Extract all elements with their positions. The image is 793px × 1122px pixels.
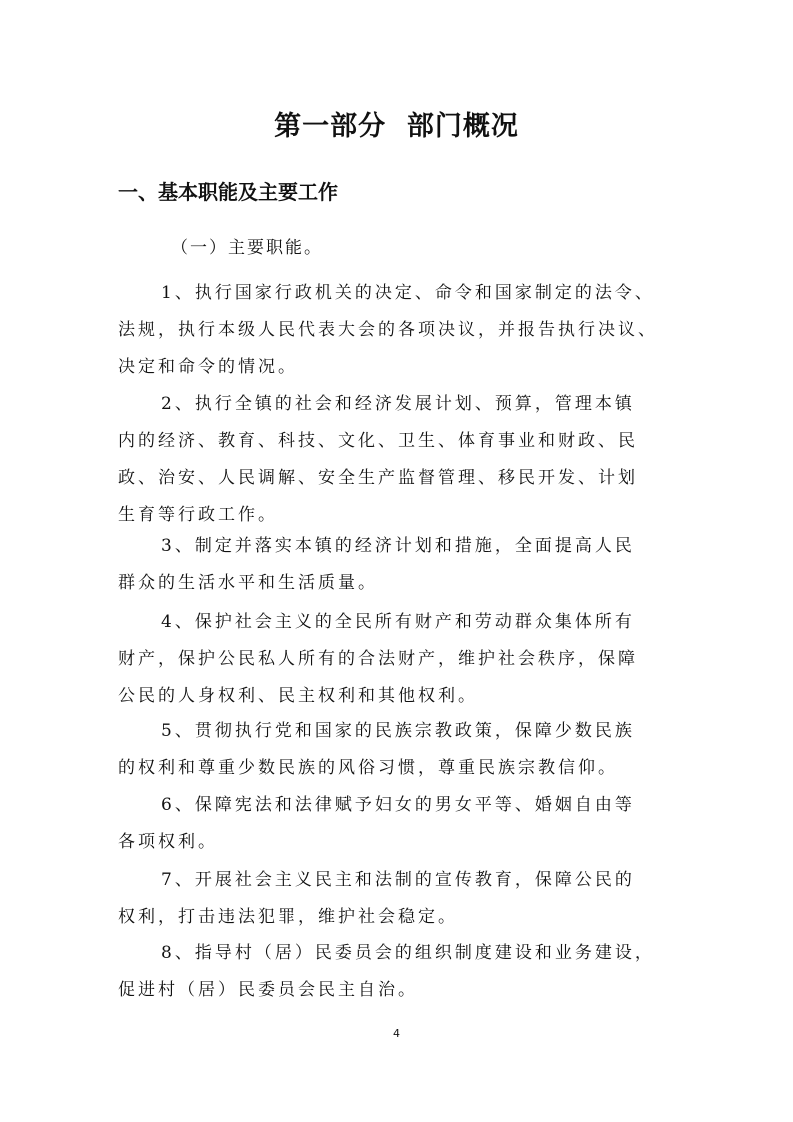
paragraph-line: 权利，打击违法犯罪，维护社会稳定。 <box>118 899 684 936</box>
paragraph-line: 内的经济、教育、科技、文化、卫生、体育事业和财政、民 <box>118 423 684 460</box>
paragraph-7: 7、开展社会主义民主和法制的宣传教育，保障公民的 权利，打击违法犯罪，维护社会稳… <box>118 862 684 936</box>
paragraph-line: 决定和命令的情况。 <box>118 349 684 386</box>
paragraph-line: 法规，执行本级人民代表大会的各项决议，并报告执行决议、 <box>118 312 684 349</box>
document-page: 第一部分 部门概况 一、基本职能及主要工作 （一）主要职能。 1、执行国家行政机… <box>0 0 793 1122</box>
paragraph-1: 1、执行国家行政机关的决定、命令和国家制定的法令、 法规，执行本级人民代表大会的… <box>118 275 684 386</box>
page-title: 第一部分 部门概况 <box>0 104 793 143</box>
paragraph-line: 政、治安、人民调解、安全生产监督管理、移民开发、计划 <box>118 460 684 497</box>
sub-heading: （一）主要职能。 <box>171 233 323 258</box>
page-number: 4 <box>0 1027 793 1040</box>
paragraph-4: 4、保护社会主义的全民所有财产和劳动群众集体所有 财产，保护公民私人所有的合法财… <box>118 604 684 715</box>
paragraph-line: 财产，保护公民私人所有的合法财产，维护社会秩序，保障 <box>118 641 684 678</box>
paragraph-line: 的权利和尊重少数民族的风俗习惯，尊重民族宗教信仰。 <box>118 750 684 787</box>
paragraph-5: 5、贯彻执行党和国家的民族宗教政策，保障少数民族 的权利和尊重少数民族的风俗习惯… <box>118 713 684 787</box>
paragraph-line: 3、制定并落实本镇的经济计划和措施，全面提高人民 <box>118 528 684 565</box>
paragraph-line: 促进村（居）民委员会民主自治。 <box>118 972 684 1009</box>
section-heading: 一、基本职能及主要工作 <box>118 176 338 205</box>
paragraph-line: 公民的人身权利、民主权利和其他权利。 <box>118 678 684 715</box>
paragraph-line: 群众的生活水平和生活质量。 <box>118 565 684 602</box>
paragraph-3: 3、制定并落实本镇的经济计划和措施，全面提高人民 群众的生活水平和生活质量。 <box>118 528 684 602</box>
paragraph-line: 5、贯彻执行党和国家的民族宗教政策，保障少数民族 <box>118 713 684 750</box>
paragraph-line: 4、保护社会主义的全民所有财产和劳动群众集体所有 <box>118 604 684 641</box>
paragraph-line: 2、执行全镇的社会和经济发展计划、预算，管理本镇 <box>118 386 684 423</box>
paragraph-line: 6、保障宪法和法律赋予妇女的男女平等、婚姻自由等 <box>118 787 684 824</box>
paragraph-6: 6、保障宪法和法律赋予妇女的男女平等、婚姻自由等 各项权利。 <box>118 787 684 861</box>
paragraph-line: 7、开展社会主义民主和法制的宣传教育，保障公民的 <box>118 862 684 899</box>
paragraph-line: 1、执行国家行政机关的决定、命令和国家制定的法令、 <box>118 275 684 312</box>
paragraph-line: 8、指导村（居）民委员会的组织制度建设和业务建设， <box>118 935 684 972</box>
paragraph-8: 8、指导村（居）民委员会的组织制度建设和业务建设， 促进村（居）民委员会民主自治… <box>118 935 684 1009</box>
paragraph-2: 2、执行全镇的社会和经济发展计划、预算，管理本镇 内的经济、教育、科技、文化、卫… <box>118 386 684 534</box>
paragraph-line: 各项权利。 <box>118 824 684 861</box>
